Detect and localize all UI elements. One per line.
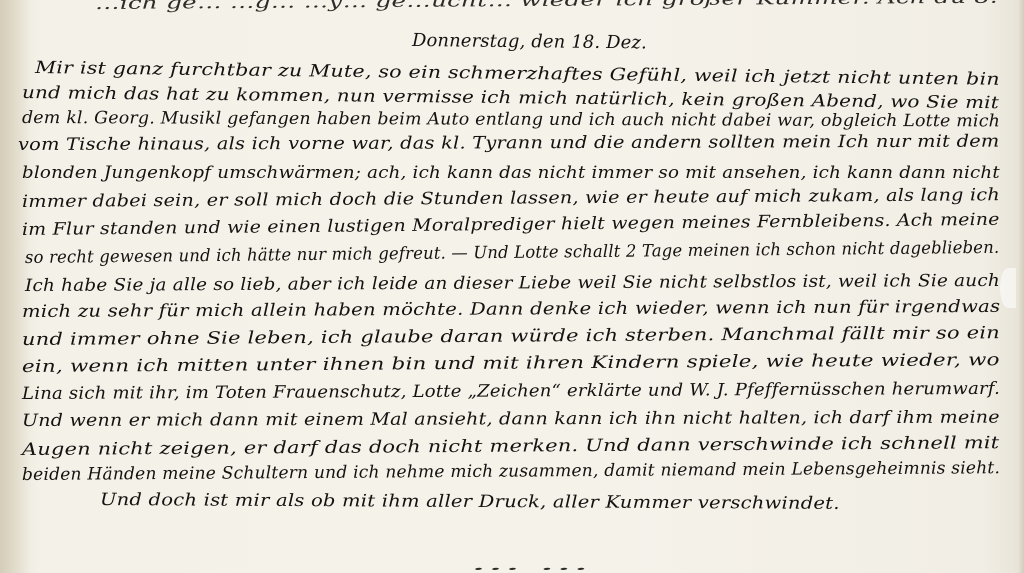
handwritten-line-top-cut: …ich ge… …g… …y… ge…ucht… wieder ich gro…: [95, 0, 1001, 14]
handwritten-line-11: und immer ohne Sie leben, ich glaube dar…: [22, 323, 1000, 350]
handwritten-line-14: Und wenn er mich dann mit einem Mal ansi…: [22, 408, 1000, 431]
diary-page: …ich ge… …g… …y… ge…ucht… wieder ich gro…: [0, 0, 1024, 573]
page-edge-shadow: [1018, 0, 1024, 573]
handwritten-line-8: so recht gewesen und ich hätte nur mich …: [25, 238, 1000, 268]
handwritten-line-7: im Flur standen und wie einen lustigen M…: [22, 210, 1000, 240]
entry-date-header: Donnerstag, den 18. Dez.: [412, 30, 647, 53]
handwritten-line-15: Augen nicht zeigen, er darf das doch nic…: [22, 433, 1000, 460]
handwritten-line-5: blonden Jungenkopf umschwärmen; ach, ich…: [22, 163, 1000, 183]
paper-tear-mark: [1000, 268, 1016, 308]
handwritten-line-6: immer dabei sein, er soll mich doch die …: [22, 185, 1000, 212]
handwritten-line-16: beiden Händen meine Schultern und ich ne…: [22, 458, 1000, 485]
handwritten-line-3: dem kl. Georg. Musikl gefangen haben bei…: [22, 108, 1000, 131]
handwritten-line-4: vom Tische hinaus, als ich vorne war, da…: [18, 132, 1000, 155]
handwritten-line-10: mich zu sehr für mich allein haben möcht…: [22, 297, 1000, 322]
handwritten-line-9: Ich habe Sie ja alle so lieb, aber ich l…: [25, 271, 1000, 296]
handwritten-line-12: ein, wenn ich mitten unter ihnen bin und…: [22, 350, 1000, 377]
handwritten-line-bottom-cut: … …: [470, 555, 590, 573]
handwritten-line-13: Lina sich mit ihr, im Toten Frauenschutz…: [22, 379, 1000, 404]
handwritten-line-17: Und doch ist mir als ob mit ihm aller Dr…: [100, 490, 840, 514]
